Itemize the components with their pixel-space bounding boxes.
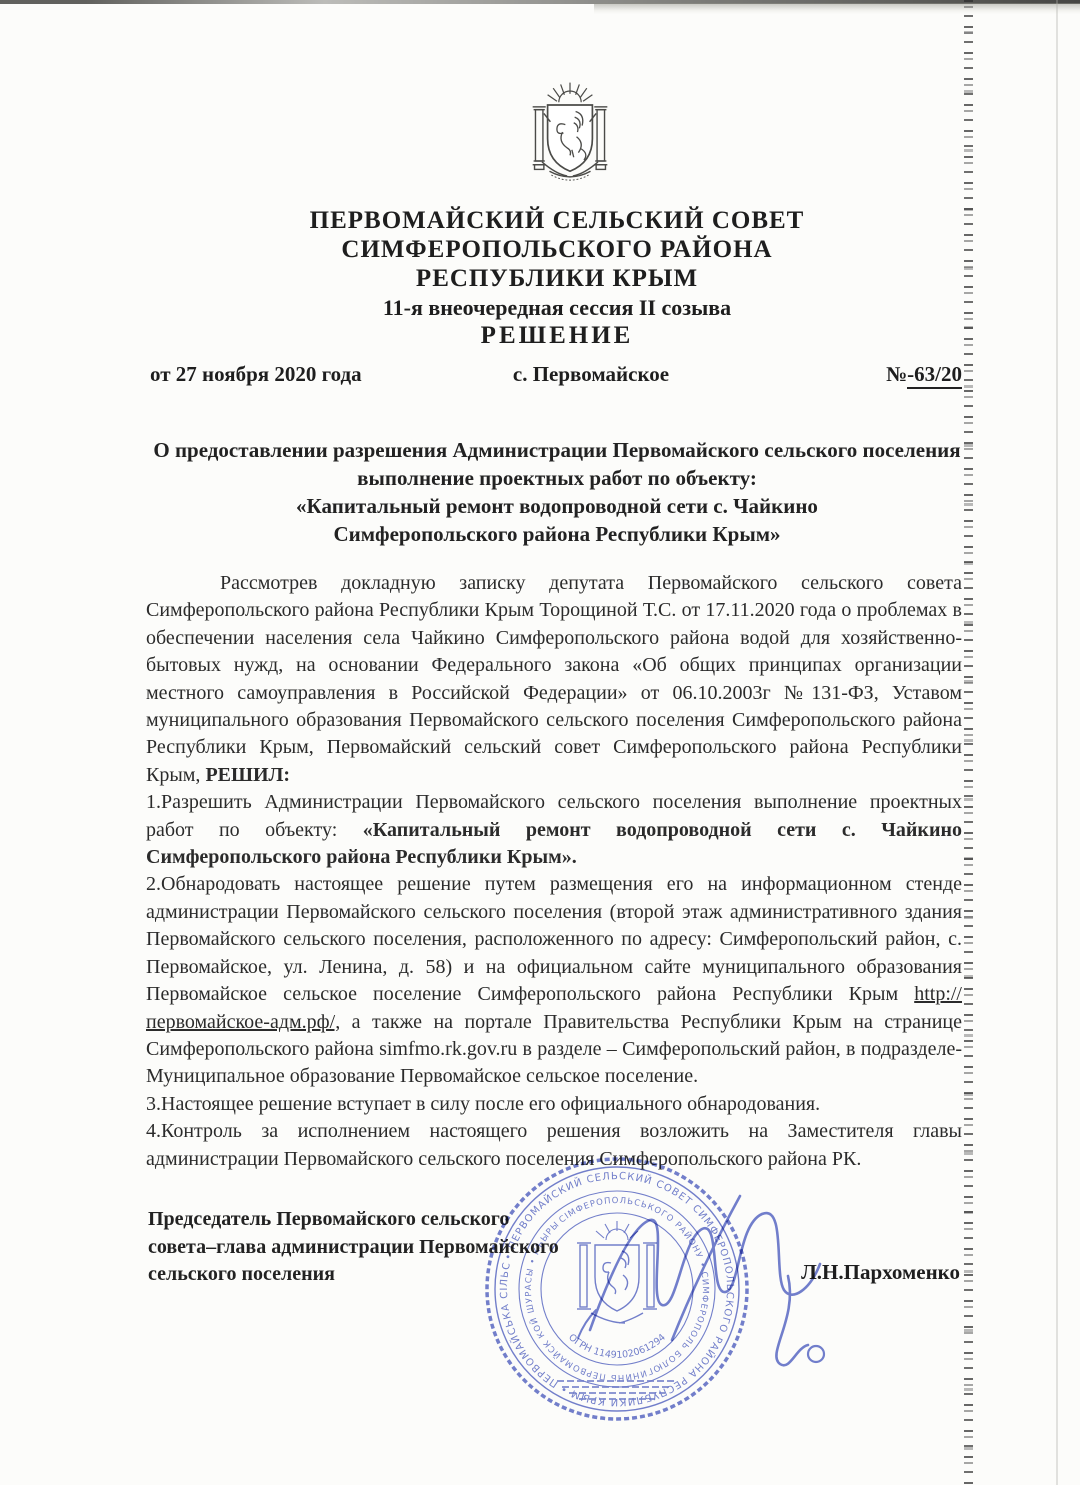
number-value: -63/20 [907, 362, 962, 389]
document-type-label: РЕШЕНИЕ [148, 321, 966, 350]
scan-fold-line [1056, 0, 1058, 1485]
document-title: О предоставлении разрешения Администраци… [148, 436, 966, 548]
shield [548, 105, 593, 171]
preamble-paragraph: Рассмотрев докладную записку депутата Пе… [146, 570, 962, 789]
scanned-document-page: ПЕРВОМАЙСКИЙ СЕЛЬСКИЙ СОВЕТ СИМФЕРОПОЛЬС… [0, 0, 1080, 1485]
document-number: №-63/20 [732, 362, 962, 387]
item-3: 3.Настоящее решение вступает в силу посл… [146, 1091, 962, 1118]
item-1: 1.Разрешить Администрации Первомайского … [146, 789, 962, 871]
title-part2: «Капитальный ремонт водопроводной сети с… [257, 492, 857, 548]
document-date: от 27 ноября 2020 года [150, 362, 450, 387]
crimea-coat-of-arms-icon [528, 80, 612, 186]
meta-row: от 27 ноября 2020 года с. Первомайское №… [150, 362, 962, 387]
item-2: 2.Обнародовать настоящее решение путем р… [146, 871, 962, 1090]
document-place: с. Первомайское [450, 362, 732, 387]
document-header: ПЕРВОМАЙСКИЙ СЕЛЬСКИЙ СОВЕТ СИМФЕРОПОЛЬС… [148, 206, 966, 350]
scan-smudge-artifact [594, 3, 1080, 14]
document-body: Рассмотрев докладную записку депутата Пе… [146, 570, 962, 1173]
org-name-line1: ПЕРВОМАЙСКИЙ СЕЛЬСКИЙ СОВЕТ [148, 206, 966, 235]
right-column [594, 107, 607, 170]
preamble-text: Рассмотрев докладную записку депутата Пе… [146, 572, 962, 786]
title-part1: О предоставлении разрешения Администраци… [148, 436, 966, 492]
left-column [533, 107, 546, 170]
org-name-line3: РЕСПУБЛИКИ КРЫМ [148, 264, 966, 293]
resolution-word: РЕШИЛ: [205, 764, 290, 786]
sun-rays [548, 83, 593, 103]
session-line: 11-я внеочередная сессия II созыва [148, 294, 966, 321]
item-2-text-before-url: 2.Обнародовать настоящее решение путем р… [146, 873, 962, 1005]
number-sign: № [886, 362, 907, 386]
handwritten-signature [552, 1178, 882, 1390]
org-name-line2: СИМФЕРОПОЛЬСКОГО РАЙОНА [148, 235, 966, 264]
